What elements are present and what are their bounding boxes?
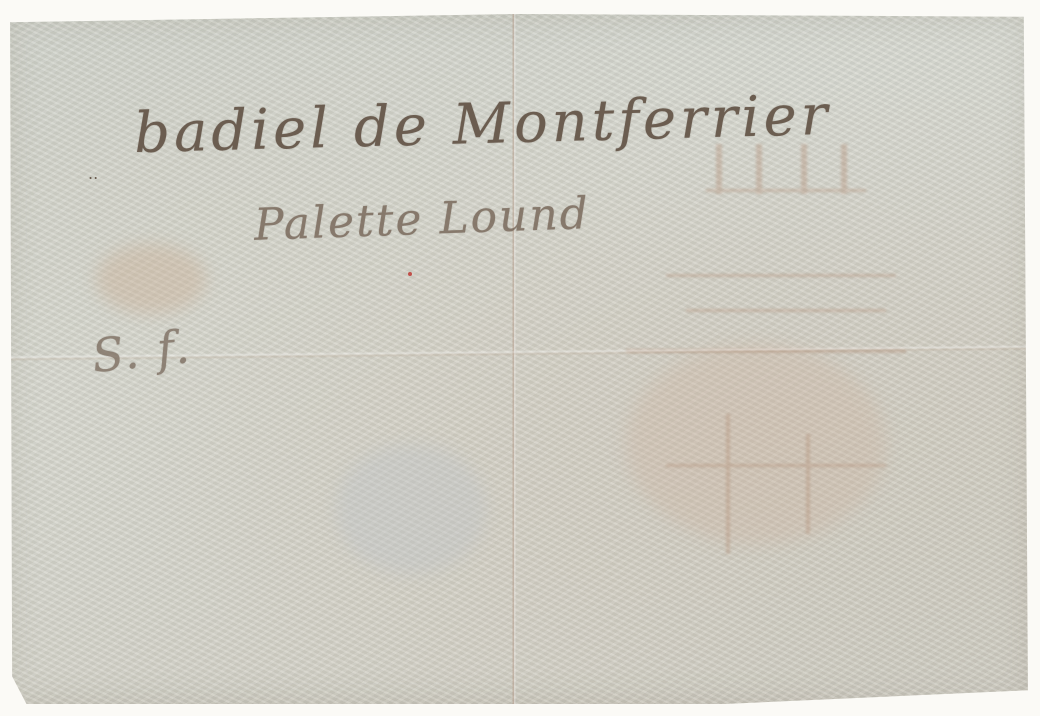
paper-sheet: .. badiel de Montferrier Palette Lound S… [6,14,1032,704]
foxing-stain [336,444,486,574]
ink-tick-mark: .. [88,164,98,183]
handwritten-line-3: S. f. [89,319,193,383]
bleed-through-print [606,134,936,554]
red-ink-speck [408,272,412,276]
foxing-stain [96,244,206,314]
scan-background: .. badiel de Montferrier Palette Lound S… [0,0,1040,716]
